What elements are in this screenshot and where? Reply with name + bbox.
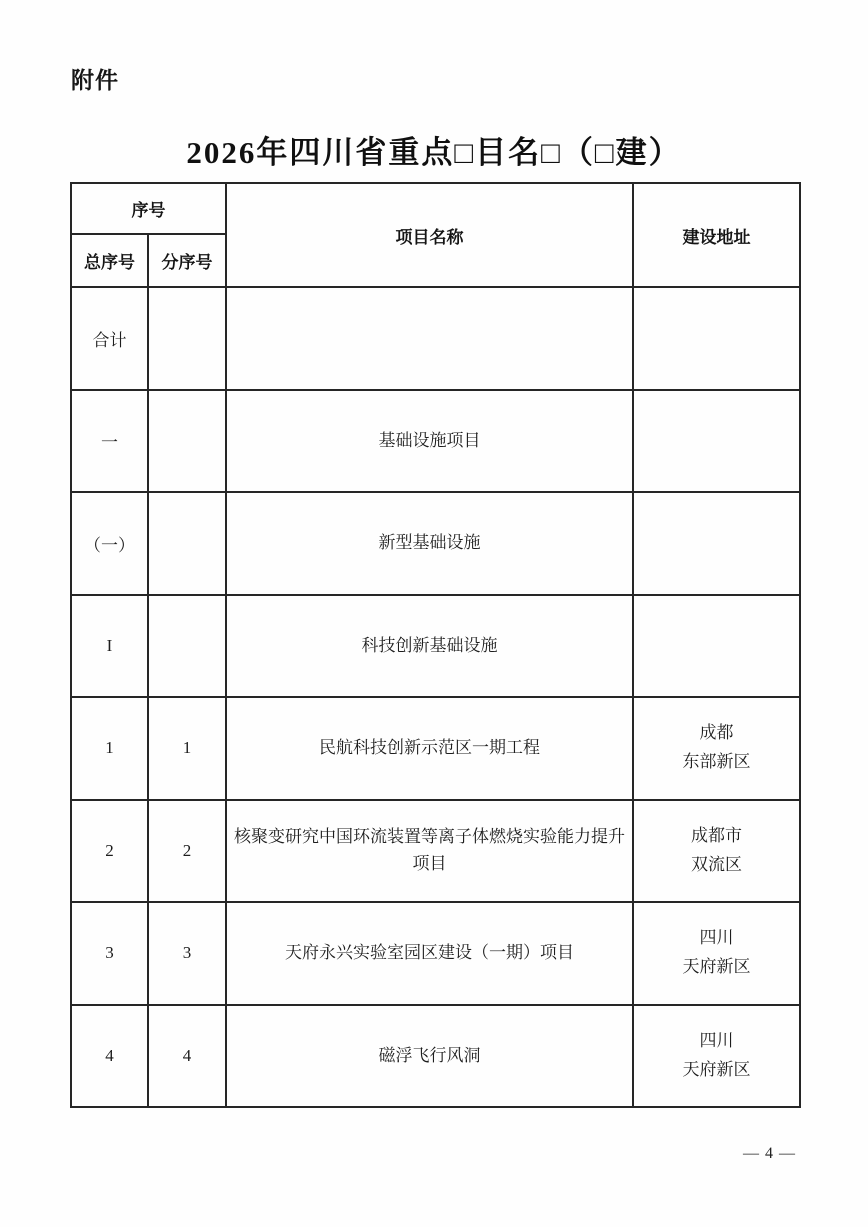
cell-project-name: 磁浮飞行风洞 bbox=[226, 1005, 633, 1108]
cell-sub-serial: 1 bbox=[148, 697, 226, 800]
cell-project-name: 核聚变研究中国环流装置等离子体燃烧实验能力提升项目 bbox=[226, 800, 633, 903]
table-row: 4 4 磁浮飞行风洞 四川 天府新区 bbox=[71, 1005, 800, 1108]
cell-address bbox=[633, 390, 800, 493]
header-project-name: 项目名称 bbox=[226, 183, 633, 287]
header-sub-serial: 分序号 bbox=[148, 234, 226, 287]
cell-sub-serial bbox=[148, 595, 226, 698]
page-title: 2026年四川省重点□目名□（□建） bbox=[0, 127, 868, 172]
cell-address: 四川 天府新区 bbox=[633, 902, 800, 1005]
cell-address: 成都 东部新区 bbox=[633, 697, 800, 800]
table-row: 3 3 天府永兴实验室园区建设（一期）项目 四川 天府新区 bbox=[71, 902, 800, 1005]
cell-address: 四川 天府新区 bbox=[633, 1005, 800, 1108]
header-serial-group: 序号 bbox=[71, 183, 226, 234]
table-row: 合计 bbox=[71, 287, 800, 390]
cell-address bbox=[633, 595, 800, 698]
cell-address bbox=[633, 287, 800, 390]
table-row: I 科技创新基础设施 bbox=[71, 595, 800, 698]
projects-table: 序号 项目名称 建设地址 总序号 分序号 合计 一 基础设施项目 （一） 新型基… bbox=[70, 182, 801, 1108]
cell-total-serial: 1 bbox=[71, 697, 148, 800]
table-row: 一 基础设施项目 bbox=[71, 390, 800, 493]
cell-address: 成都市 双流区 bbox=[633, 800, 800, 903]
table-row: （一） 新型基础设施 bbox=[71, 492, 800, 595]
cell-project-name: 天府永兴实验室园区建设（一期）项目 bbox=[226, 902, 633, 1005]
cell-total-serial: 4 bbox=[71, 1005, 148, 1108]
table-row: 2 2 核聚变研究中国环流装置等离子体燃烧实验能力提升项目 成都市 双流区 bbox=[71, 800, 800, 903]
cell-sub-serial: 4 bbox=[148, 1005, 226, 1108]
cell-total-serial: （一） bbox=[71, 492, 148, 595]
cell-total-serial: I bbox=[71, 595, 148, 698]
page-number: — 4 — bbox=[743, 1145, 796, 1163]
cell-project-name: 新型基础设施 bbox=[226, 492, 633, 595]
cell-total-serial: 一 bbox=[71, 390, 148, 493]
cell-sub-serial: 2 bbox=[148, 800, 226, 903]
cell-sub-serial: 3 bbox=[148, 902, 226, 1005]
cell-sub-serial bbox=[148, 492, 226, 595]
document-page: 附件 2026年四川省重点□目名□（□建） 序号 项目名称 建设地址 总序号 分… bbox=[0, 0, 868, 1227]
cell-address bbox=[633, 492, 800, 595]
cell-project-name: 科技创新基础设施 bbox=[226, 595, 633, 698]
cell-project-name bbox=[226, 287, 633, 390]
header-address: 建设地址 bbox=[633, 183, 800, 287]
cell-total-serial: 3 bbox=[71, 902, 148, 1005]
cell-total-serial: 合计 bbox=[71, 287, 148, 390]
attachment-label: 附件 bbox=[71, 62, 119, 95]
cell-sub-serial bbox=[148, 287, 226, 390]
cell-total-serial: 2 bbox=[71, 800, 148, 903]
cell-project-name: 基础设施项目 bbox=[226, 390, 633, 493]
cell-sub-serial bbox=[148, 390, 226, 493]
table-row: 1 1 民航科技创新示范区一期工程 成都 东部新区 bbox=[71, 697, 800, 800]
header-total-serial: 总序号 bbox=[71, 234, 148, 287]
cell-project-name: 民航科技创新示范区一期工程 bbox=[226, 697, 633, 800]
